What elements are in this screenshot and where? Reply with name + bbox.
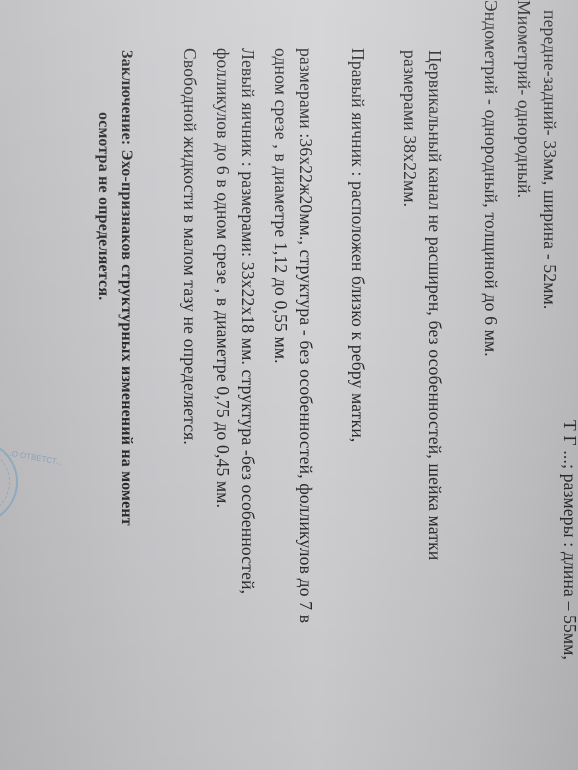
conclusion-line-1: Заключение: Эхо-признаков структурных из… — [117, 50, 135, 526]
conclusion-text-1: Эхо-признаков структурных изменений на м… — [118, 150, 135, 526]
partial-line-top: Т Г ...; размеры : длина – 55мм, — [559, 420, 578, 660]
line-right-ovary-size: размерами :36х22ж20мм., структура - без … — [295, 48, 316, 623]
line-left-ovary-follicles: фолликулов до 6 в одном срезе , в диамет… — [212, 48, 233, 508]
line-cervix-size: размерами 38х22мм. — [399, 50, 420, 207]
conclusion-label: Заключение: — [118, 50, 135, 145]
line-left-ovary: Левый яичник : размерами: 33х22х18 мм. с… — [237, 48, 258, 594]
document-page: Т Г ...; размеры : длина – 55мм, передне… — [0, 0, 578, 770]
line-free-fluid: Свободной жидкости в малом тазу не опред… — [179, 48, 200, 445]
stamp-text: ...О ОТВЕТСТ... — [4, 448, 63, 467]
official-stamp: ...О ОТВЕТСТ... — [0, 440, 18, 524]
line-myometrium: Миометрий- однородный. — [513, 0, 534, 198]
line-cervical-canal: Цервикальный канал не расширен, без особ… — [424, 50, 445, 560]
conclusion-line-2: осмотра не определяется. — [94, 112, 112, 300]
line-uterus-size: передне-задний- 33мм, ширина - 52мм. — [539, 10, 560, 309]
line-endometrium: Эндометрий - однородный, толщиной до 6 м… — [480, 0, 501, 357]
line-right-ovary: Правый яичник : расположен близко к ребр… — [347, 48, 368, 442]
line-right-ovary-follicles: одном срезе , в диаметре 1,12 до 0,55 мм… — [270, 48, 291, 364]
